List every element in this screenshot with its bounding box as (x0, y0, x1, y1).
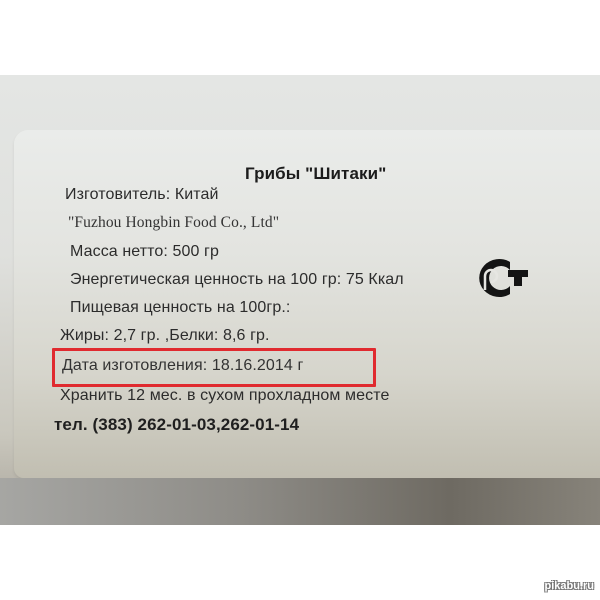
product-title: Грибы "Шитаки" (245, 164, 386, 184)
red-highlight-box (52, 348, 376, 387)
company-line: "Fuzhou Hongbin Food Co., Ltd" (68, 214, 279, 232)
energy-value-line: Энергетическая ценность на 100 гр: 75 Кк… (70, 271, 404, 289)
rst-certification-icon (470, 256, 532, 300)
storage-line: Хранить 12 мес. в сухом прохладном месте (60, 387, 389, 405)
manufacturer-line: Изготовитель: Китай (65, 186, 219, 204)
net-weight-line: Масса нетто: 500 гр (70, 243, 219, 261)
phone-line: тел. (383) 262-01-03,262-01-14 (54, 415, 299, 435)
nutrition-values-line: Жиры: 2,7 гр. ,Белки: 8,6 гр. (60, 327, 270, 345)
surface-shadow (0, 478, 600, 525)
nutrition-header-line: Пищевая ценность на 100гр.: (70, 299, 290, 317)
watermark: pikabu.ru (544, 580, 594, 592)
